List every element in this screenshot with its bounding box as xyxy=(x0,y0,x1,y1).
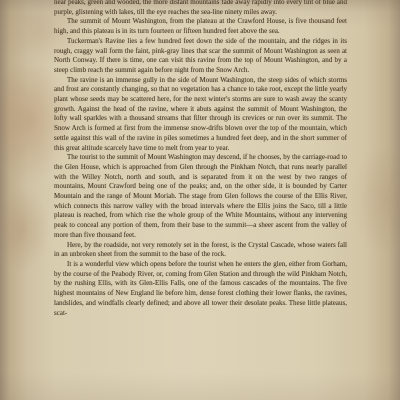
paragraph-tuckermans-ravine: Tuckerman's Ravine lies a few hundred fe… xyxy=(54,37,347,76)
paragraph-glen-view: It is a wonderful view which opens befor… xyxy=(54,260,347,318)
paragraph-crystal-cascade: Here, by the roadside, not very remotely… xyxy=(54,241,347,260)
book-page: near peaks, green and wooded, the more d… xyxy=(0,0,400,400)
page-text-block: near peaks, green and wooded, the more d… xyxy=(54,0,347,318)
paragraph-summit: The summit of Mount Washington, from the… xyxy=(54,17,347,36)
paragraph-tourist-descent: The tourist to the summit of Mount Washi… xyxy=(54,153,347,240)
paragraph-ravine-description: The ravine is an immense gully in the si… xyxy=(54,76,347,154)
paragraph-continuation: near peaks, green and wooded, the more d… xyxy=(54,0,347,17)
